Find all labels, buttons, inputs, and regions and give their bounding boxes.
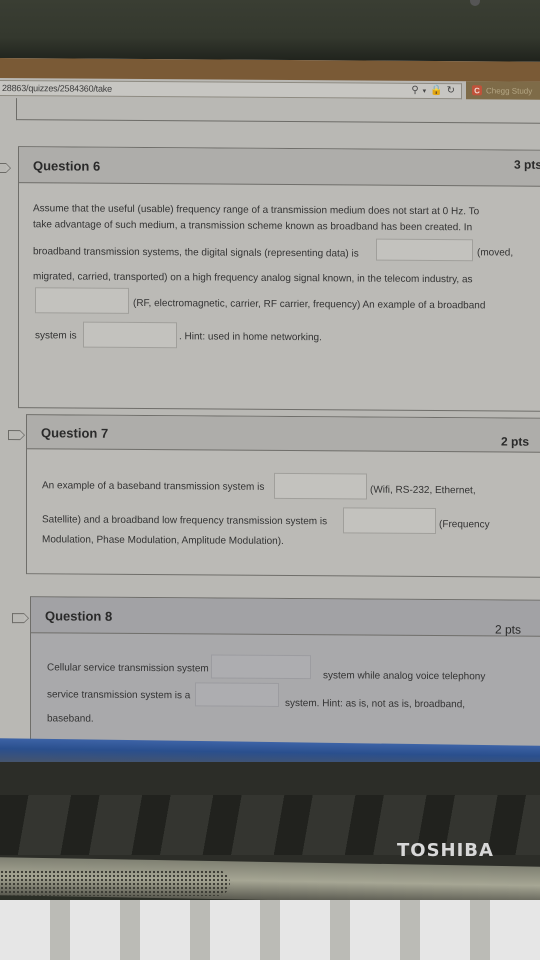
flag-question-7-icon[interactable]	[8, 430, 20, 440]
question-text: migrated, carried, transported) on a hig…	[33, 270, 473, 287]
question-text: system is	[35, 329, 77, 343]
question-text: Cellular service transmission system is …	[47, 661, 227, 676]
search-icon[interactable]: ⚲	[411, 85, 418, 96]
laptop-screen: 28863/quizzes/2584360/take ⚲ ▾ 🔒 ↻ C Che…	[0, 58, 540, 754]
question-text: service transmission system is a	[47, 688, 190, 703]
address-bar[interactable]: 28863/quizzes/2584360/take ⚲ ▾ 🔒 ↻	[0, 80, 462, 99]
webcam	[470, 0, 480, 6]
question-text: (RF, electromagnetic, carrier, RF carrie…	[133, 297, 485, 313]
previous-question-box	[16, 98, 540, 124]
question-text: baseband.	[47, 712, 94, 726]
question-6-header: Question 6 3 pts	[19, 147, 540, 187]
laptop-bezel-top	[0, 0, 540, 62]
question-text: broadband transmission systems, the digi…	[33, 245, 359, 261]
question-text: (moved,	[477, 246, 513, 260]
question-title: Question 6	[33, 158, 100, 173]
question-8-card: Question 8 2 pts Cellular service transm…	[30, 596, 540, 750]
answer-blank-5[interactable]	[343, 507, 436, 534]
answer-blank-3[interactable]	[83, 322, 177, 349]
question-points: 3 pts	[514, 158, 540, 172]
question-text: (Frequency	[439, 518, 490, 532]
question-title: Question 8	[45, 608, 112, 623]
question-text: take advantage of such medium, a transmi…	[33, 218, 472, 235]
question-7-card: Question 7 2 pts An example of a baseban…	[26, 414, 540, 578]
question-text: system. Hint: as is, not as is, broadban…	[285, 697, 465, 712]
answer-blank-6[interactable]	[211, 654, 311, 679]
question-7-header: Question 7 2 pts	[27, 415, 540, 453]
question-points: 2 pts	[501, 434, 529, 448]
browser-frame	[0, 58, 540, 82]
brand-logo: TOSHIBA	[397, 840, 494, 861]
speaker-grille	[0, 870, 230, 896]
answer-blank-1[interactable]	[376, 239, 473, 262]
dropdown-icon[interactable]: ▾	[423, 86, 427, 94]
tab-label: Chegg Study	[486, 86, 532, 95]
desk-surface	[0, 900, 540, 960]
flag-question-8-icon[interactable]	[12, 613, 24, 623]
question-8-header: Question 8 2 pts	[31, 597, 540, 637]
chegg-logo-icon: C	[472, 85, 482, 95]
question-text: system while analog voice telephony	[323, 669, 485, 684]
answer-blank-7[interactable]	[195, 682, 279, 707]
url-text[interactable]: 28863/quizzes/2584360/take	[2, 83, 112, 94]
question-text: An example of a baseband transmission sy…	[42, 479, 264, 495]
browser-tab-chegg[interactable]: C Chegg Study	[466, 81, 540, 100]
question-text: . Hint: used in home networking.	[179, 330, 322, 345]
question-points: 2 pts	[495, 622, 521, 636]
question-text: (Wifi, RS-232, Ethernet,	[370, 484, 476, 499]
flag-question-6-icon[interactable]	[0, 163, 6, 173]
refresh-icon[interactable]: ↻	[447, 85, 455, 96]
answer-blank-2[interactable]	[35, 287, 129, 314]
lock-icon[interactable]: 🔒	[430, 85, 442, 96]
question-text: Modulation, Phase Modulation, Amplitude …	[42, 533, 284, 549]
question-6-card: Question 6 3 pts Assume that the useful …	[18, 146, 540, 412]
question-title: Question 7	[41, 425, 108, 440]
question-text: Assume that the useful (usable) frequenc…	[33, 202, 479, 219]
answer-blank-4[interactable]	[274, 473, 367, 500]
question-text: Satellite) and a broadband low frequency…	[42, 513, 327, 529]
